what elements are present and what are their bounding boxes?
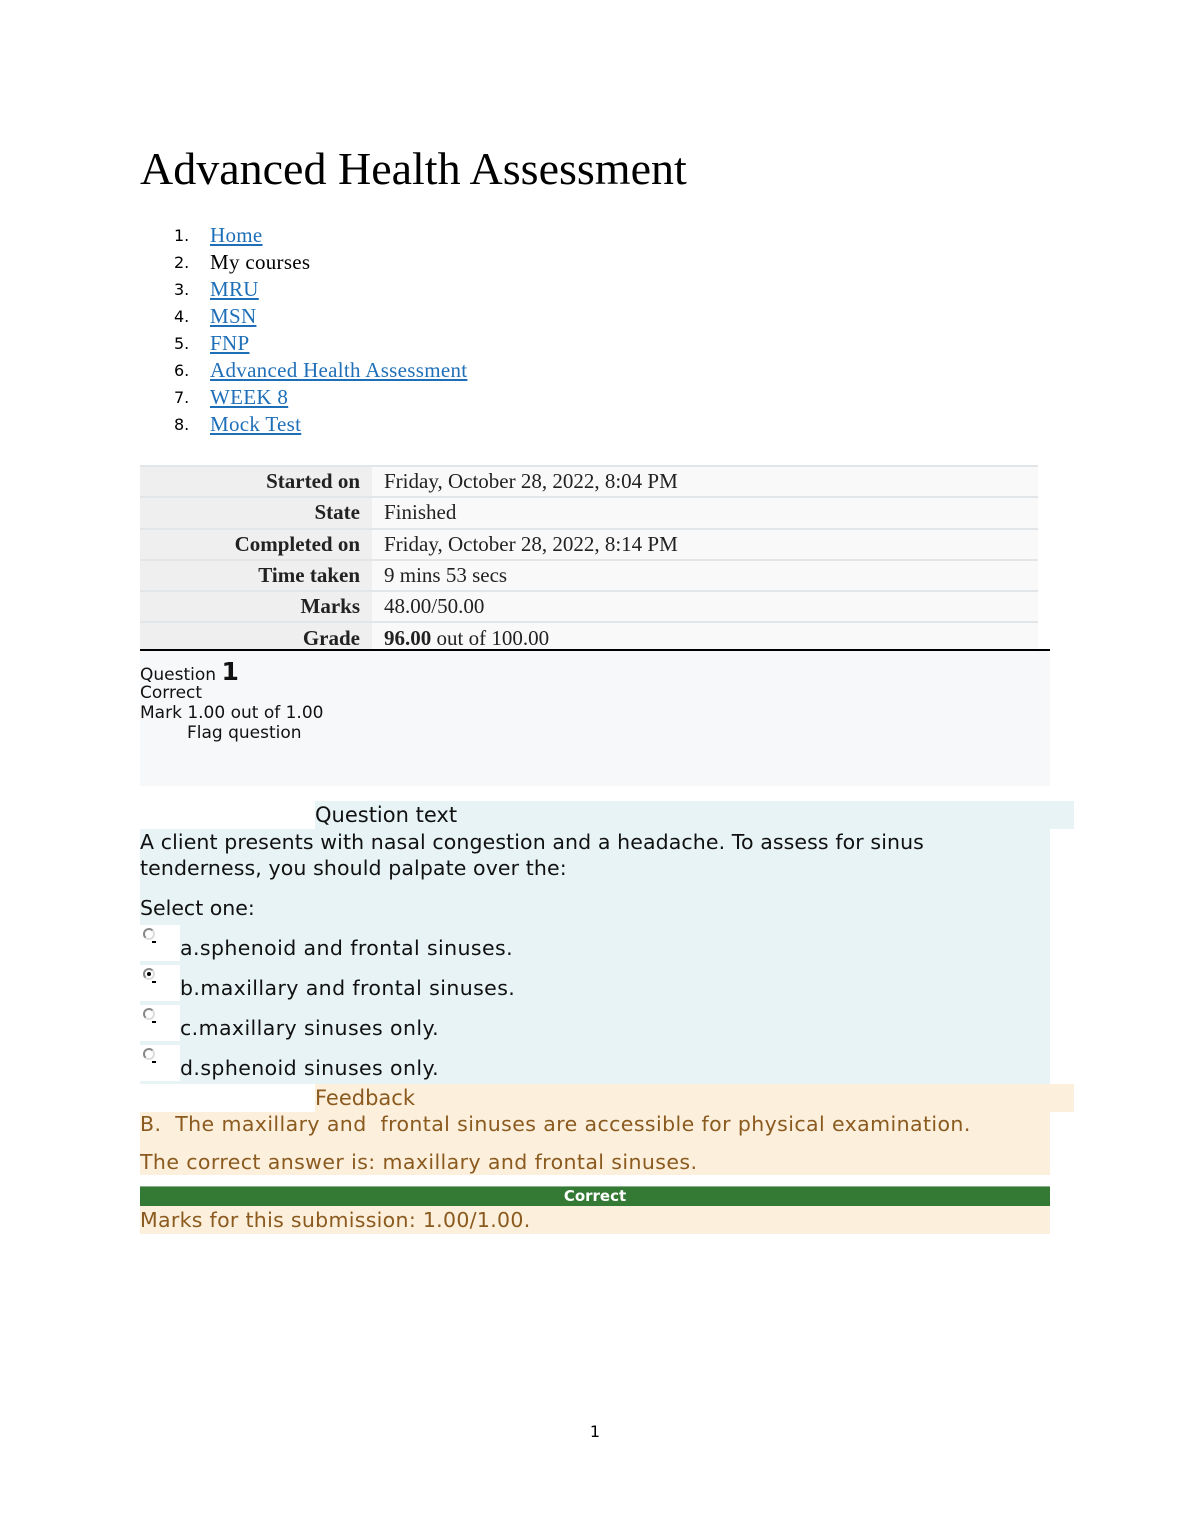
summary-value: 48.00/50.00 [372,591,1038,622]
breadcrumb-link-msn[interactable]: MSN [210,303,256,330]
radio-shadow [152,1021,156,1023]
list-number: 8. [174,411,194,438]
feedback-header: Feedback [315,1084,1074,1112]
correct-answer-text: The correct answer is: maxillary and fro… [140,1150,697,1174]
summary-row-time-taken: Time taken9 mins 53 secs [140,560,1038,591]
question-text: A client presents with nasal congestion … [140,829,1030,881]
list-number: 3. [174,276,194,303]
radio-checked-icon[interactable] [143,968,155,980]
breadcrumb-text-my-courses: My courses [210,249,310,276]
list-number: 1. [174,222,194,249]
answer-option-d[interactable]: d.sphenoid sinuses only. [140,1045,1050,1085]
breadcrumb-link-mock-test[interactable]: Mock Test [210,411,301,438]
list-number: 6. [174,357,194,384]
grade-score: 96.00 [384,626,431,650]
feedback-content: B. The maxillary and frontal sinuses are… [140,1112,1050,1175]
summary-row-state: StateFinished [140,497,1038,528]
radio-shadow [152,941,156,943]
summary-row-completed: Completed onFriday, October 28, 2022, 8:… [140,529,1038,560]
summary-value: 9 mins 53 secs [372,560,1038,591]
summary-value: Finished [372,497,1038,528]
feedback-text: B. The maxillary and frontal sinuses are… [140,1112,971,1136]
list-number: 5. [174,330,194,357]
radio-shadow [152,981,156,983]
summary-row-started: Started onFriday, October 28, 2022, 8:04… [140,466,1038,497]
option-label[interactable]: b.maxillary and frontal sinuses. [180,976,515,1000]
summary-label: Time taken [140,560,372,591]
answer-option-a[interactable]: a.sphenoid and frontal sinuses. [140,925,1050,965]
answer-option-c[interactable]: c.maxillary sinuses only. [140,1005,1050,1045]
summary-value: Friday, October 28, 2022, 8:04 PM [372,466,1038,497]
question-number: Question 1 [140,657,239,686]
radio-cell [140,925,180,961]
submission-marks: Marks for this submission: 1.00/1.00. [140,1206,1050,1234]
radio-unchecked-icon[interactable] [143,1048,155,1060]
question-state: Correct [140,683,202,703]
radio-unchecked-icon[interactable] [143,1008,155,1020]
option-label[interactable]: d.sphenoid sinuses only. [180,1056,439,1080]
select-prompt: Select one: [140,896,255,920]
flag-question-button[interactable]: Flag question [187,723,302,743]
summary-label: State [140,497,372,528]
radio-cell [140,1005,180,1041]
radio-unchecked-icon[interactable] [143,928,155,940]
summary-label: Started on [140,466,372,497]
question-content: A client presents with nasal congestion … [140,829,1050,1084]
list-number: 4. [174,303,194,330]
radio-cell [140,1045,180,1081]
question-label: Question [140,665,221,685]
radio-shadow [152,1061,156,1063]
list-number: 2. [174,249,194,276]
question-info: Question 1 Correct Mark 1.00 out of 1.00… [140,651,1050,786]
list-number: 7. [174,384,194,411]
radio-cell [140,965,180,1001]
breadcrumb-link-fnp[interactable]: FNP [210,330,249,357]
breadcrumb-link-course[interactable]: Advanced Health Assessment [210,357,467,384]
question-grade: Mark 1.00 out of 1.00 [140,703,323,723]
page-number: 1 [0,1422,1190,1441]
summary-label: Completed on [140,529,372,560]
attempt-summary-table: Started onFriday, October 28, 2022, 8:04… [140,465,1038,654]
answer-option-b[interactable]: b.maxillary and frontal sinuses. [140,965,1050,1005]
page-title: Advanced Health Assessment [140,140,687,198]
summary-row-marks: Marks48.00/50.00 [140,591,1038,622]
summary-value: Friday, October 28, 2022, 8:14 PM [372,529,1038,560]
option-label[interactable]: c.maxillary sinuses only. [180,1016,439,1040]
summary-label: Marks [140,591,372,622]
breadcrumb-link-home[interactable]: Home [210,222,263,249]
option-label[interactable]: a.sphenoid and frontal sinuses. [180,936,513,960]
breadcrumb-link-mru[interactable]: MRU [210,276,259,303]
question-text-header: Question text [315,801,1074,829]
question-number-value: 1 [221,657,238,686]
grade-out-of: out of 100.00 [431,626,549,650]
correct-status-bar: Correct [140,1186,1050,1206]
breadcrumb-link-week[interactable]: WEEK 8 [210,384,288,411]
